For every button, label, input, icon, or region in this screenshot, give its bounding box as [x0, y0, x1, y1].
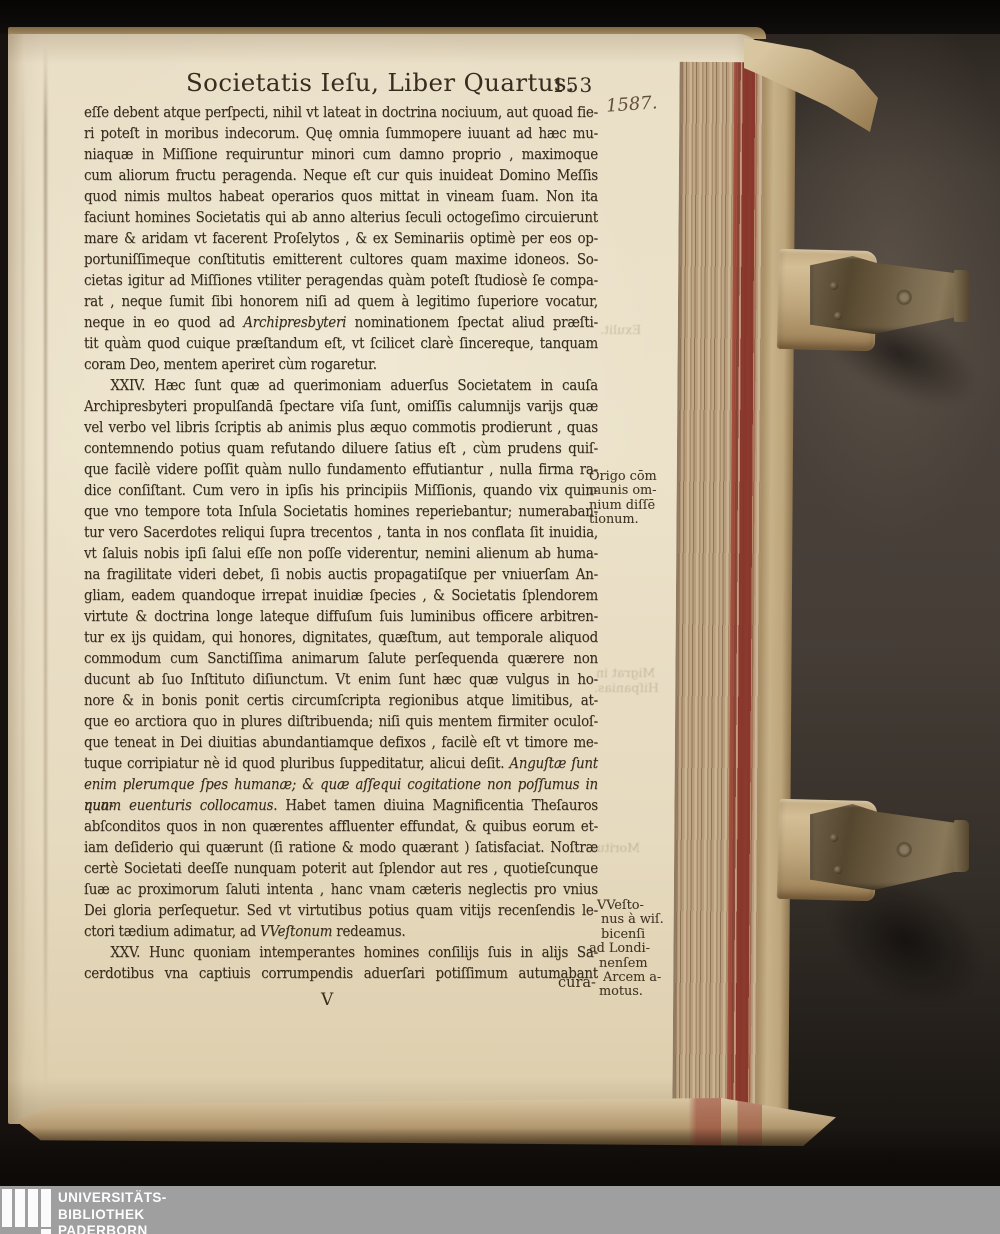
clasp-rivet — [834, 312, 842, 320]
library-name-line: UNIVERSITÄTS- — [58, 1190, 167, 1207]
library-name-line: PADERBORN — [58, 1223, 167, 1234]
body-line: tur vero Sacerdotes reliqui ſupra trecen… — [84, 522, 598, 543]
ghost-text: Moritur. — [588, 840, 640, 855]
body-line-segment: portuniſſimeque conſtitutis emitterent c… — [84, 250, 598, 268]
body-line: ſuæ ac proximorum ſaluti intenta , hanc … — [84, 879, 598, 900]
library-name-line: BIBLIOTHEK — [58, 1207, 167, 1224]
clasp-rivet — [830, 834, 838, 842]
clasp-rivet — [834, 866, 842, 874]
ghost-text: Exulit. — [600, 322, 641, 337]
library-name: UNIVERSITÄTS-BIBLIOTHEKPADERBORN — [58, 1190, 167, 1234]
body-line-segment: rat , neque ſumit ſibi honorem niſi ad q… — [84, 292, 598, 310]
body-line-segment: nore & in bonis ponit certis circumſcrip… — [84, 691, 598, 709]
body-line-segment: Anguſtæ ſunt — [509, 754, 598, 772]
body-line-segment: redeamus. — [332, 922, 405, 940]
body-line-segment: Habet tamen diuina Magnificentia Theſaur… — [277, 796, 598, 814]
body-line-segment: vel verbo vel libris ſcriptis ab animis … — [84, 418, 598, 436]
body-line-segment: tuque corripiatur nè id quod pluribus ſu… — [84, 754, 509, 772]
body-line-segment: gliam, eadem quandoque irrepat inuidiæ ſ… — [84, 586, 598, 604]
body-line-segment: VVeſtonum — [260, 922, 332, 940]
body-line: que eo arctiora quo in plures diſtribuen… — [84, 711, 598, 732]
margin-note-weston: VVeſto-nus à wiſ.bicenſiad Londi-nenſemA… — [589, 899, 673, 1000]
body-line-segment: ſuæ ac proximorum ſaluti intenta , hanc … — [84, 880, 598, 898]
body-line-segment: que facilè videre poſſit quàm nullo fund… — [84, 460, 598, 478]
margin-note-line: tionum. — [589, 513, 673, 527]
body-line: niaquæ in Miſſione requiruntur minori cu… — [84, 144, 598, 165]
body-line: ctori tædium adimatur, ad VVeſtonum rede… — [84, 921, 598, 942]
body-line-segment: faciunt homines Societatis qui ab anno a… — [84, 208, 598, 226]
body-line-segment: ri poteſt in moribus indecorum. Quę omni… — [84, 124, 598, 142]
body-line-segment: niaquæ in Miſſione requiruntur minori cu… — [84, 145, 598, 163]
body-line-segment: nominationem ſpectat aliud præſti- — [346, 313, 598, 331]
body-line: cietas igitur ad Miſſiones vtiliter pera… — [84, 270, 598, 291]
body-line: tit quàm quod cuique præſtandum eſt, vt … — [84, 333, 598, 354]
body-line-segment: mare & aridam vt facerent Proſelytos , &… — [84, 229, 598, 247]
body-line-segment: neque in eo quod ad — [84, 313, 243, 331]
body-line: nore & in bonis ponit certis circumſcrip… — [84, 690, 598, 711]
body-line: quam euenturis collocamus. Habet tamen d… — [84, 795, 598, 816]
body-line: quod nimis multos habeat operarios quos … — [84, 186, 598, 207]
body-line: mare & aridam vt facerent Proſelytos , &… — [84, 228, 598, 249]
body-line: cerdotibus vna captiuis corrumpendis adu… — [84, 963, 598, 984]
body-line: rat , neque ſumit ſibi honorem niſi ad q… — [84, 291, 598, 312]
body-line: abſconditos quos in non quærentes afflue… — [84, 816, 598, 837]
body-line-segment: Dei gloria perſequetur. Sed vt virtutibu… — [84, 901, 598, 919]
body-line-segment: que vno tempore tota Inſula Societatis h… — [84, 502, 598, 520]
body-line: que facilè videre poſſit quàm nullo fund… — [84, 459, 598, 480]
body-line-segment: tur ex ijs quidam, qui honores, dignitat… — [84, 628, 598, 646]
body-line-segment: contemnendo potius quam refutando diluer… — [84, 439, 598, 457]
page-number: 153 — [552, 73, 593, 97]
clasp-hook-end — [954, 820, 969, 872]
body-line: virtute & doctrina longe lateque diffuſu… — [84, 606, 598, 627]
margin-note-line: nium diſſē — [589, 499, 673, 513]
body-line: enim plerumque ſpes humanæ; & quæ aſſequ… — [84, 774, 598, 795]
body-line-segment: XXV. Hunc quoniam intemperantes homines … — [110, 943, 598, 961]
body-line: portuniſſimeque conſtitutis emitterent c… — [84, 249, 598, 270]
margin-note-line: motus. — [589, 985, 673, 999]
book-clasp-top — [778, 244, 1000, 474]
clasp-rivet — [830, 282, 838, 290]
body-line-segment: tit quàm quod cuique præſtandum eſt, vt … — [84, 334, 598, 352]
body-line: Dei gloria perſequetur. Sed vt virtutibu… — [84, 900, 598, 921]
body-line-segment: cietas igitur ad Miſſiones vtiliter pera… — [84, 271, 598, 289]
body-line: iam deſiderio qui quærunt (ſi ratione & … — [84, 837, 598, 858]
body-line-segment: que teneat in Dei diuitias abundantiamqu… — [84, 733, 598, 751]
logo-bar-icon — [2, 1189, 12, 1227]
logo-bar-icon — [15, 1189, 25, 1227]
body-line: vel verbo vel libris ſcriptis ab animis … — [84, 417, 598, 438]
body-line: ducunt ab ſuo Inſtituto diſiunctum. Vt e… — [84, 669, 598, 690]
logo-bar-icon — [41, 1189, 51, 1227]
body-line-segment: ctori tædium adimatur, ad — [84, 922, 260, 940]
margin-year: 1587. — [605, 92, 658, 117]
body-line: cum aliorum fructu peragenda. Neque eſt … — [84, 165, 598, 186]
body-line-segment: que eo arctiora quo in plures diſtribuen… — [84, 712, 598, 730]
body-line: que vno tempore tota Inſula Societatis h… — [84, 501, 598, 522]
logo-bar-icon — [28, 1189, 38, 1227]
body-line: na fragilitate videri debet, ſi nobis au… — [84, 564, 598, 585]
ghost-text: Hiſpanias. — [594, 680, 659, 695]
body-line-segment: coram Deo, mentem aperiret cùm rogaretur… — [84, 355, 377, 373]
body-line: eſſe debent atque perſpecti, nihil vt la… — [84, 102, 598, 123]
body-line: faciunt homines Societatis qui ab anno a… — [84, 207, 598, 228]
book-photo-stage: Societatis Ieſu, Liber Quartus. 153 1587… — [0, 0, 1000, 1234]
body-line: gliam, eadem quandoque irrepat inuidiæ ſ… — [84, 585, 598, 606]
body-line-segment: commodum cum Sanctiſſima animarum ſalute… — [84, 649, 598, 667]
body-line: XXIV. Hæc ſunt quæ ad querimoniam aduerſ… — [84, 375, 598, 396]
body-line-segment: dice conſiſtant. Cum vero in ipſis his p… — [84, 481, 598, 499]
book-clasp-bottom — [778, 794, 1000, 1024]
body-line: dice conſiſtant. Cum vero in ipſis his p… — [84, 480, 598, 501]
body-line: contemnendo potius quam refutando diluer… — [84, 438, 598, 459]
body-line-segment: Archipresbyteri propulſandā ſpectare viſ… — [84, 397, 598, 415]
catchword: cura- — [558, 975, 596, 991]
signature-mark: V — [321, 990, 333, 1010]
body-line-segment: quam euenturis collocamus. — [84, 796, 277, 814]
body-line: XXV. Hunc quoniam intemperantes homines … — [84, 942, 598, 963]
page-crease — [44, 44, 47, 1094]
body-line: vt ſaluis nobis ipſi ſalui eſſe non poſſ… — [84, 543, 598, 564]
ghost-text: Migrat in — [596, 665, 655, 680]
margin-note-line: munis om- — [589, 484, 673, 498]
body-line-segment: virtute & doctrina longe lateque diffuſu… — [84, 607, 598, 625]
margin-note-line: nenſem — [589, 957, 673, 971]
margin-note-line: VVeſto- — [589, 899, 673, 913]
margin-note-line: bicenſi — [589, 928, 673, 942]
page-crease-faint — [22, 60, 24, 1080]
body-text-block: eſſe debent atque perſpecti, nihil vt la… — [84, 102, 598, 984]
body-line: certè Societati deeſſe nunquam poterit a… — [84, 858, 598, 879]
fore-edge-stripes — [672, 62, 769, 1117]
margin-note-line: nus à wiſ. — [589, 913, 673, 927]
body-line-segment: eſſe debent atque perſpecti, nihil vt la… — [84, 103, 598, 121]
body-line-segment: certè Societati deeſſe nunquam poterit a… — [84, 859, 598, 877]
body-line-segment: na fragilitate videri debet, ſi nobis au… — [84, 565, 598, 583]
body-line-segment: iam deſiderio qui quærunt (ſi ratione & … — [84, 838, 598, 856]
logo-dot-icon — [41, 1229, 51, 1234]
body-line-segment: tur vero Sacerdotes reliqui ſupra trecen… — [84, 523, 598, 541]
body-line: tur ex ijs quidam, qui honores, dignitat… — [84, 627, 598, 648]
body-line-segment: cerdotibus vna captiuis corrumpendis adu… — [84, 964, 598, 982]
library-watermark-band: UNIVERSITÄTS-BIBLIOTHEKPADERBORN — [0, 1186, 1000, 1234]
body-line: neque in eo quod ad Archipresbyteri nomi… — [84, 312, 598, 333]
body-line-segment: vt ſaluis nobis ipſi ſalui eſſe non poſſ… — [84, 544, 598, 562]
margin-note-line: Origo cōm — [589, 470, 673, 484]
body-line-segment: Archipresbyteri — [243, 313, 346, 331]
body-line: Archipresbyteri propulſandā ſpectare viſ… — [84, 396, 598, 417]
body-line-segment: XXIV. Hæc ſunt quæ ad querimoniam aduerſ… — [110, 376, 598, 394]
running-title: Societatis Ieſu, Liber Quartus. — [186, 68, 575, 97]
clasp-hook-end — [954, 270, 969, 322]
body-line: coram Deo, mentem aperiret cùm rogaretur… — [84, 354, 598, 375]
body-line-segment: quod nimis multos habeat operarios quos … — [84, 187, 598, 205]
margin-note-line: Arcem a- — [589, 971, 673, 985]
body-line-segment: cum aliorum fructu peragenda. Neque eſt … — [84, 166, 598, 184]
body-line: tuque corripiatur nè id quod pluribus ſu… — [84, 753, 598, 774]
body-line-segment: ducunt ab ſuo Inſtituto diſiunctum. Vt e… — [84, 670, 598, 688]
body-line: ri poteſt in moribus indecorum. Quę omni… — [84, 123, 598, 144]
margin-note-line: ad Londi- — [589, 942, 673, 956]
body-line-segment: abſconditos quos in non quærentes afflue… — [84, 817, 598, 835]
body-line: que teneat in Dei diuitias abundantiamqu… — [84, 732, 598, 753]
margin-note-origo: Origo cōmmunis om-nium diſſētionum. — [589, 470, 673, 528]
body-line: commodum cum Sanctiſſima animarum ſalute… — [84, 648, 598, 669]
